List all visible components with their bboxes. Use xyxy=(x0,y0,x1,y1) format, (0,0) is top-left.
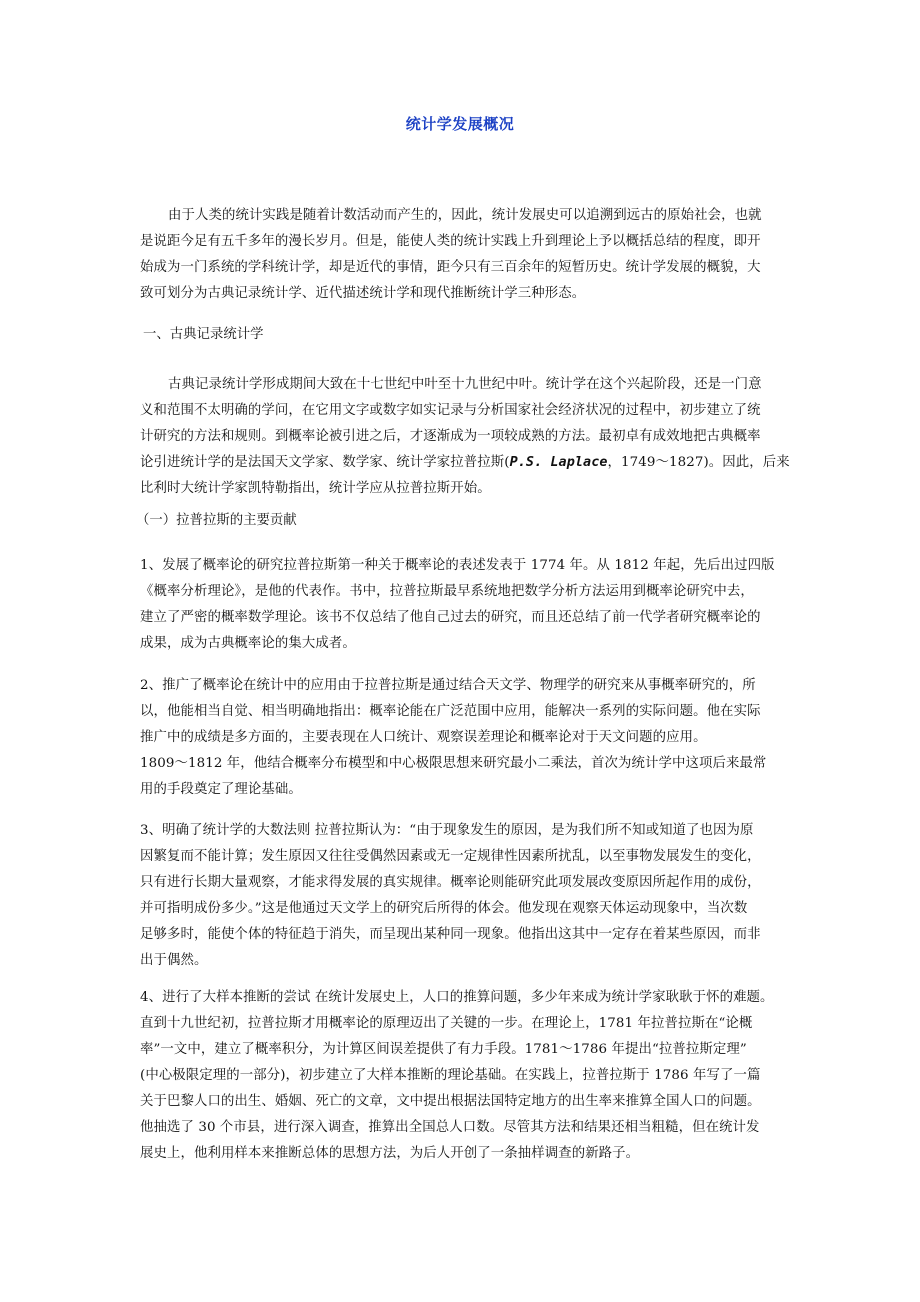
text-line: 论引进统计学的是法国天文学家、数学家、统计学家拉普拉斯(P.S. Laplace… xyxy=(140,450,800,476)
document-title: 统计学发展概况 xyxy=(0,113,920,134)
text-line: 他抽选了 30 个市县，进行深入调查，推算出全国总人口数。尽管其方法和结果还相当… xyxy=(140,1115,800,1141)
text-line: 用的手段奠定了理论基础。 xyxy=(140,777,800,803)
text-line: 因繁复而不能计算；发生原因又往往受偶然因素或无一定规律性因素所扰乱，以至事物发展… xyxy=(140,844,800,870)
contribution-item-3: 3、明确了统计学的大数法则 拉普拉斯认为：“由于现象发生的原因，是为我们所不知或… xyxy=(140,818,800,974)
text-line: 3、明确了统计学的大数法则 拉普拉斯认为：“由于现象发生的原因，是为我们所不知或… xyxy=(140,818,800,844)
section1-paragraph: 古典记录统计学形成期间大致在十七世纪中叶至十九世纪中叶。统计学在这个兴起阶段，还… xyxy=(140,372,800,502)
text-segment: 论引进统计学的是法国天文学家、数学家、统计学家拉普拉斯( xyxy=(140,455,510,470)
text-line: 率”一文中，建立了概率积分，为计算区间误差提供了有力手段。1781～1786 年… xyxy=(140,1037,800,1063)
text-line: 1、发展了概率论的研究拉普拉斯第一种关于概率论的表述发表于 1774 年。从 1… xyxy=(140,553,800,579)
text-line: 古典记录统计学形成期间大致在十七世纪中叶至十九世纪中叶。统计学在这个兴起阶段，还… xyxy=(140,372,800,398)
text-line: 4、进行了大样本推断的尝试 在统计发展史上，人口的推算问题，多少年来成为统计学家… xyxy=(140,985,800,1011)
section-heading: 一、古典记录统计学 xyxy=(143,322,264,348)
text-line: 足够多时，能使个体的特征趋于消失，而呈现出某种同一现象。他指出这其中一定存在着某… xyxy=(140,922,800,948)
subsection-heading: （一）拉普拉斯的主要贡献 xyxy=(136,508,297,534)
text-line: 出于偶然。 xyxy=(140,948,800,974)
intro-paragraph: 由于人类的统计实践是随着计数活动而产生的，因此，统计发展史可以追溯到远古的原始社… xyxy=(140,203,800,307)
contribution-item-4: 4、进行了大样本推断的尝试 在统计发展史上，人口的推算问题，多少年来成为统计学家… xyxy=(140,985,800,1167)
text-line: 成果，成为古典概率论的集大成者。 xyxy=(140,631,800,657)
text-line: 是说距今足有五千多年的漫长岁月。但是，能使人类的统计实践上升到理论上予以概括总结… xyxy=(140,229,800,255)
document-page: 统计学发展概况 由于人类的统计实践是随着计数活动而产生的，因此，统计发展史可以追… xyxy=(0,0,920,1302)
text-line: 推广中的成绩是多方面的，主要表现在人口统计、观察误差理论和概率论对于天文问题的应… xyxy=(140,725,800,751)
text-line: 义和范围不太明确的学问，在它用文字或数字如实记录与分析国家社会经济状况的过程中，… xyxy=(140,398,800,424)
text-line: 并可指明成份多少。”这是他通过天文学上的研究后所得的体会。他发现在观察天体运动现… xyxy=(140,896,800,922)
text-line: 直到十九世纪初，拉普拉斯才用概率论的原理迈出了关键的一步。在理论上，1781 年… xyxy=(140,1011,800,1037)
text-line: 致可划分为古典记录统计学、近代描述统计学和现代推断统计学三种形态。 xyxy=(140,281,800,307)
text-line: 展史上，他利用样本来推断总体的思想方法，为后人开创了一条抽样调查的新路子。 xyxy=(140,1141,800,1167)
text-line: 只有进行长期大量观察，才能求得发展的真实规律。概率论则能研究此项发展改变原因所起… xyxy=(140,870,800,896)
text-segment: ，1749～1827)。因此，后来 xyxy=(608,455,790,470)
contribution-item-2: 2、推广了概率论在统计中的应用由于拉普拉斯是通过结合天文学、物理学的研究来从事概… xyxy=(140,673,800,803)
text-line: 1809～1812 年，他结合概率分布模型和中心极限思想来研究最小二乘法，首次为… xyxy=(140,751,800,777)
text-line: 计研究的方法和规则。到概率论被引进之后，才逐渐成为一项较成熟的方法。最初卓有成效… xyxy=(140,424,800,450)
text-line: 2、推广了概率论在统计中的应用由于拉普拉斯是通过结合天文学、物理学的研究来从事概… xyxy=(140,673,800,699)
text-line: 比利时大统计学家凯特勒指出，统计学应从拉普拉斯开始。 xyxy=(140,476,800,502)
text-line: 建立了严密的概率数学理论。该书不仅总结了他自己过去的研究，而且还总结了前一代学者… xyxy=(140,605,800,631)
latin-name: P.S. Laplace xyxy=(510,455,608,470)
text-line: 由于人类的统计实践是随着计数活动而产生的，因此，统计发展史可以追溯到远古的原始社… xyxy=(140,203,800,229)
text-line: 以，他能相当自觉、相当明确地指出：概率论能在广泛范围中应用，能解决一系列的实际问… xyxy=(140,699,800,725)
text-line: (中心极限定理的一部分)，初步建立了大样本推断的理论基础。在实践上，拉普拉斯于 … xyxy=(140,1063,800,1089)
text-line: 关于巴黎人口的出生、婚姻、死亡的文章，文中提出根据法国特定地方的出生率来推算全国… xyxy=(140,1089,800,1115)
text-line: 《概率分析理论》，是他的代表作。书中，拉普拉斯最早系统地把数学分析方法运用到概率… xyxy=(140,579,800,605)
text-line: 始成为一门系统的学科统计学，却是近代的事情，距今只有三百余年的短暂历史。统计学发… xyxy=(140,255,800,281)
contribution-item-1: 1、发展了概率论的研究拉普拉斯第一种关于概率论的表述发表于 1774 年。从 1… xyxy=(140,553,800,657)
